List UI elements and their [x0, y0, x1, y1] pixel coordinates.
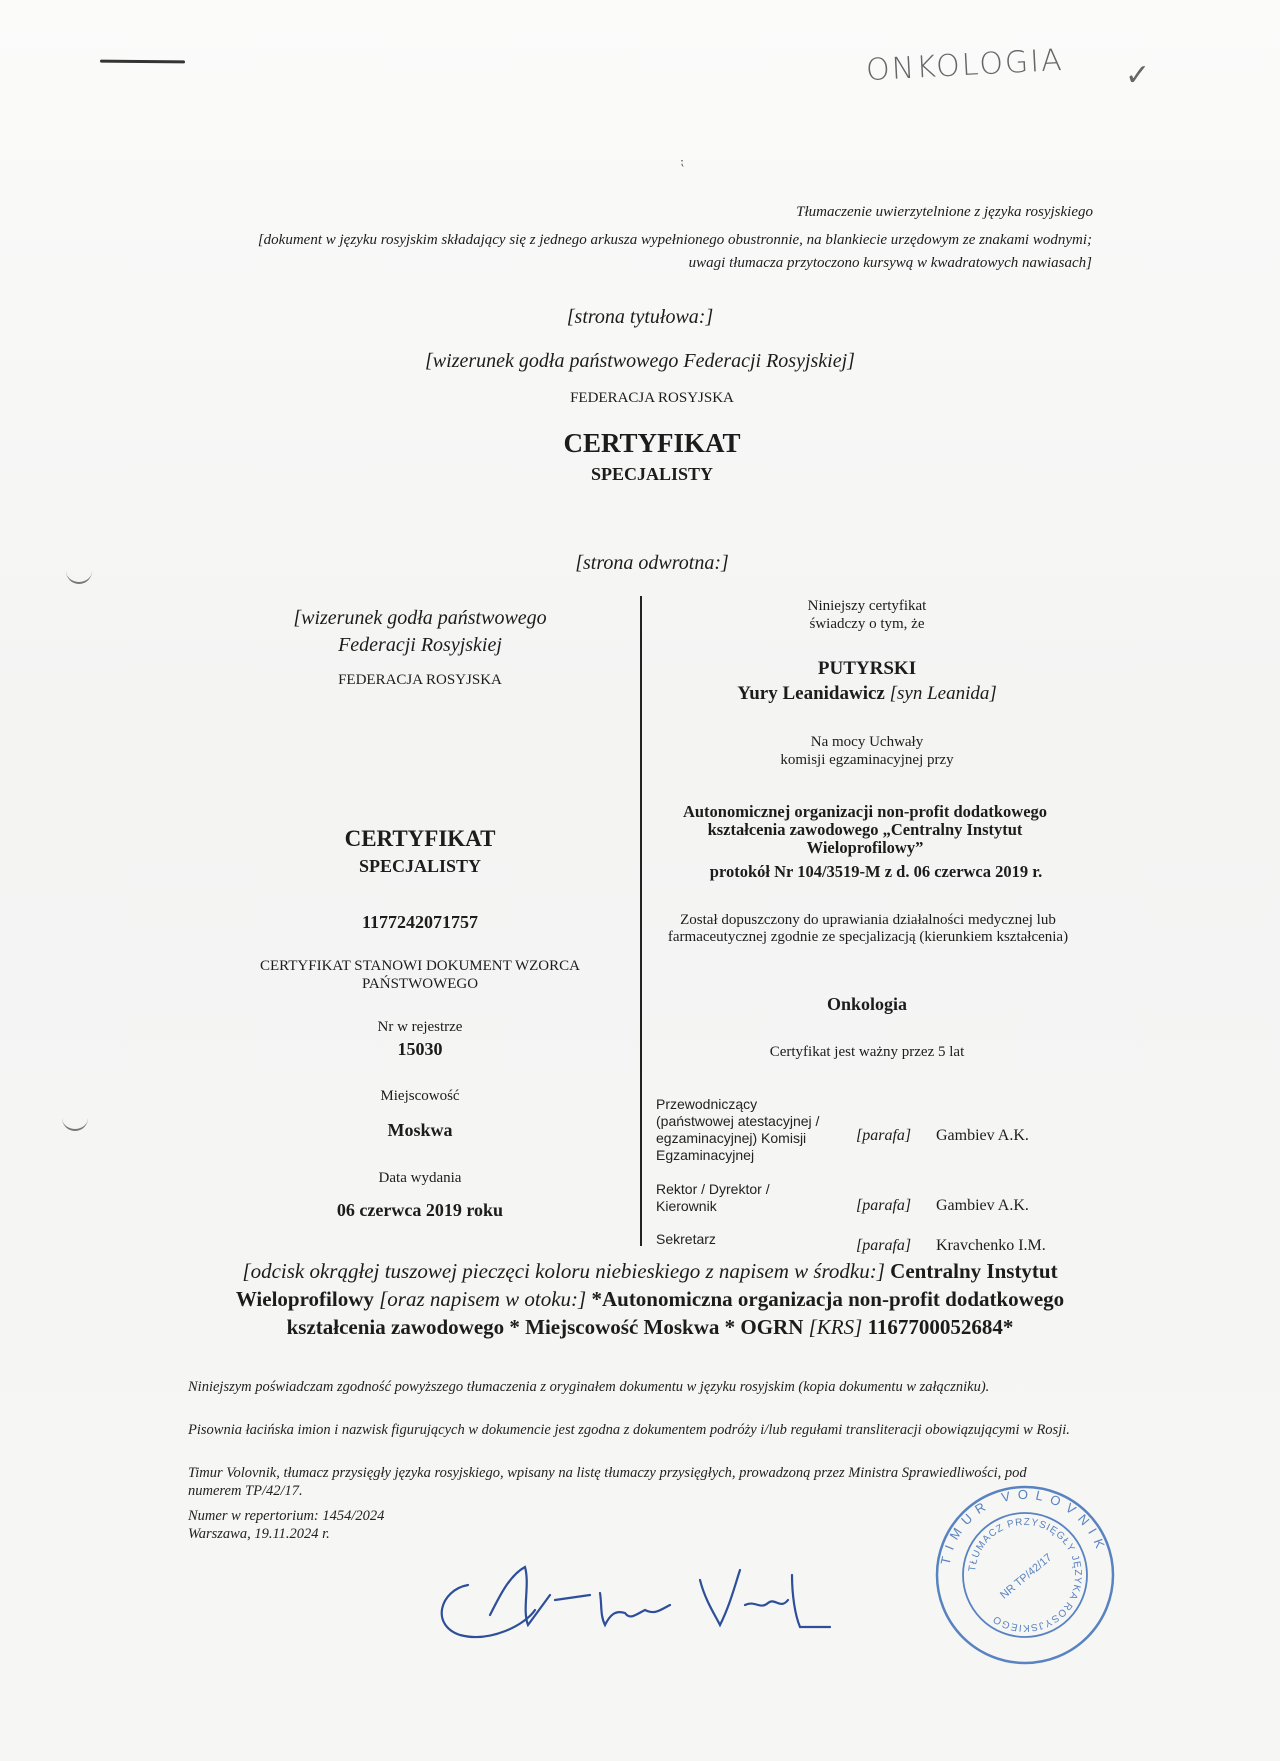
scanned-document-page: ONKOLOGIA ✓ ⁏ Tłumaczenie uwierzytelnion… [0, 0, 1280, 1761]
scan-artifact-line [100, 60, 185, 64]
scan-dot-artifact: ⁏ [680, 154, 684, 169]
right-intro-line1: Niniejszy certyfikat [646, 597, 1088, 615]
column-divider [640, 596, 642, 1246]
institution-name: Autonomicznej organizacji non-profit dod… [650, 803, 1080, 857]
spelling-note: Pisownia łacińska imion i nazwisk figuru… [188, 1421, 1083, 1439]
left-cert-note: CERTYFIKAT STANOWI DOKUMENT WZORCA PAŃST… [225, 957, 615, 993]
left-country: FEDERACJA ROSYJSKA [220, 672, 620, 689]
right-intro-line2: świadczy o tym, że [646, 615, 1088, 633]
title-page-country: FEDERACJA ROSYJSKA [12, 390, 1280, 407]
protocol-reference: protokół Nr 104/3519-M z d. 06 czerwca 2… [655, 862, 1097, 882]
left-place-label: Miejscowość [220, 1088, 620, 1105]
title-page-cert-subtitle: SPECJALISTY [12, 464, 1280, 485]
stamp-desc-italic-3: [KRS] [809, 1315, 863, 1339]
signatory-mark: [parafa] [856, 1237, 911, 1255]
signatory-role: Sekretarz [656, 1231, 836, 1248]
left-emblem-text: [wizerunek godła państwowego Federacji R… [220, 605, 620, 659]
left-cert-subtitle: SPECJALISTY [220, 856, 620, 877]
signatory-name: Gambiev A.K. [936, 1197, 1029, 1215]
translation-header-description: [dokument w języku rosyjskim składający … [230, 229, 1092, 275]
translation-header-title: Tłumaczenie uwierzytelnione z języka ros… [796, 204, 1093, 221]
stamp-description: [odcisk okrągłej tuszowej pieczęci kolor… [190, 1257, 1110, 1341]
signatory-mark: [parafa] [856, 1197, 911, 1215]
left-registry-number: 15030 [220, 1039, 620, 1060]
translator-seal-icon: TIMUR VOLOVNIK TŁUMACZ PRZYSIĘGŁY JĘZYKA… [930, 1480, 1120, 1670]
admission-text: Został dopuszczony do uprawiania działal… [650, 912, 1086, 946]
signatory-name: Kravchenko I.M. [936, 1237, 1046, 1255]
left-emblem-line1: [wizerunek godła państwowego [220, 605, 620, 632]
handwritten-check-icon: ✓ [1125, 58, 1150, 93]
validity-text: Certyfikat jest ważny przez 5 lat [646, 1044, 1088, 1061]
left-cert-number: 1177242071757 [220, 912, 620, 933]
left-cert-title: CERTYFIKAT [220, 826, 620, 852]
resolution-line1: Na mocy Uchwały [646, 733, 1088, 751]
title-page-emblem: [wizerunek godła państwowego Federacji R… [0, 350, 1280, 373]
signatory-role: Przewodniczący (państwowej atestacyjnej … [656, 1096, 836, 1164]
left-registry-label: Nr w rejestrze [220, 1019, 620, 1036]
title-page-label: [strona tytułowa:] [0, 306, 1280, 329]
left-place-value: Moskwa [220, 1120, 620, 1141]
svg-text:NR TP/42/17: NR TP/42/17 [998, 1552, 1054, 1602]
resolution-text: Na mocy Uchwały komisji egzaminacyjnej p… [646, 733, 1088, 769]
holder-surname: PUTYRSKI [646, 658, 1088, 680]
holder-given-names: Yury Leanidawicz [syn Leanida] [646, 683, 1088, 705]
title-page-cert-title: CERTYFIKAT [12, 428, 1280, 459]
left-date-value: 06 czerwca 2019 roku [220, 1200, 620, 1221]
certification-statement: Niniejszym poświadczam zgodność powyższe… [188, 1378, 1083, 1396]
signatory-mark: [parafa] [856, 1127, 911, 1145]
punch-hole-mark [62, 1115, 88, 1131]
left-emblem-line2: Federacji Rosyjskiej [220, 632, 620, 659]
handwritten-note: ONKOLOGIA [865, 43, 1064, 88]
holder-patronymic-note: [syn Leanida] [890, 683, 997, 704]
signatory-role: Rektor / Dyrektor / Kierownik [656, 1181, 806, 1215]
stamp-desc-italic-1: [odcisk okrągłej tuszowej pieczęci kolor… [242, 1259, 885, 1283]
stamp-desc-bold-3: 1167700052684* [868, 1315, 1014, 1339]
resolution-line2: komisji egzaminacyjnej przy [646, 751, 1088, 769]
translator-signature-icon [430, 1555, 850, 1645]
left-date-label: Data wydania [220, 1170, 620, 1187]
signatory-name: Gambiev A.K. [936, 1127, 1029, 1145]
reverse-page-label: [strona odwrotna:] [12, 552, 1280, 575]
holder-given-names-text: Yury Leanidawicz [737, 683, 885, 704]
stamp-desc-italic-2: [oraz napisem w otoku:] [379, 1287, 586, 1311]
specialization: Onkologia [646, 994, 1088, 1015]
right-intro: Niniejszy certyfikat świadczy o tym, że [646, 597, 1088, 633]
